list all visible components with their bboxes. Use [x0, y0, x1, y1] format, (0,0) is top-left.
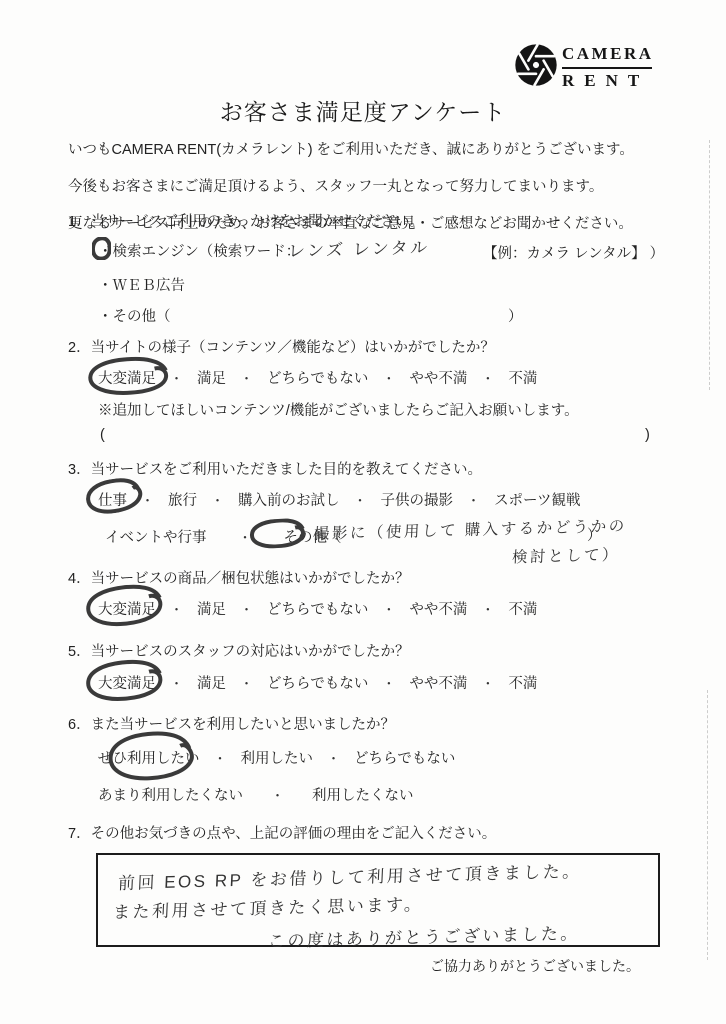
- q3-option-travel: 旅行: [168, 489, 197, 510]
- q2-options: 大変満足 ・ 満足 ・ どちらでもない ・ やや不満 ・ 不満: [98, 367, 537, 388]
- q7-heading: 7．その他お気づきの点や、上記の評価の理由をご記入ください。: [68, 822, 496, 843]
- q1-option-other: ・その他（: [98, 305, 171, 326]
- q5-heading: 5．当サービスのスタッフの対応はいかがでしたか？: [68, 640, 410, 661]
- option-separator: ・: [382, 368, 395, 387]
- q1-search-label: 検索エンジン（検索ワード：: [113, 240, 301, 261]
- q3-heading: 3．当サービスをご利用いただきました目的を教えてください。: [68, 458, 482, 479]
- intro-line-1: いつもCAMERA RENT(カメラレント) をご利用いただき、誠にありがとうご…: [68, 142, 634, 158]
- q6-option-definitely-use-again: ぜひ利用したい: [98, 747, 200, 768]
- q6-option-not-use: 利用したくない: [312, 784, 414, 805]
- q1-heading: 1．当サービスご利用のきっかけをお聞かせください。: [68, 210, 424, 231]
- q3-option-kids-photo: 子供の撮影: [381, 489, 454, 510]
- q3-options-row1: 仕事 ・ 旅行 ・ 購入前のお試し ・ 子供の撮影 ・ スポーツ観戦: [98, 489, 580, 510]
- q5-option-slightly-dissatisfied: やや不満: [409, 672, 467, 693]
- q5-option-dissatisfied: 不満: [508, 672, 537, 693]
- q6-option-use-again: 利用したい: [241, 747, 314, 768]
- q3-other-close-paren: ）: [587, 524, 602, 545]
- q1-example-note: 【例：カメラ レンタル】 ）: [483, 242, 664, 263]
- option-separator: ・: [170, 673, 183, 692]
- q4-option-dissatisfied: 不満: [508, 598, 537, 619]
- aperture-icon: [514, 43, 558, 89]
- option-separator: ・: [467, 490, 480, 509]
- q2-option-slightly-dissatisfied: やや不満: [409, 367, 467, 388]
- intro-line-2: 今後もお客さまにご満足頂けるよう、スタッフ一丸となって努力してまいります。: [68, 179, 603, 195]
- q1-search-bullet: ・: [98, 240, 113, 261]
- q4-option-very-satisfied: 大変満足: [98, 598, 156, 619]
- q2-option-very-satisfied: 大変満足: [98, 367, 156, 388]
- q2-free-text-open-paren: (: [100, 427, 105, 443]
- q4-options: 大変満足 ・ 満足 ・ どちらでもない ・ やや不満 ・ 不満: [98, 598, 537, 619]
- survey-page: CAMERA RENT お客さま満足度アンケート いつもCAMERA RENT(…: [0, 0, 726, 1024]
- q3-other-handwritten-line1: 撮影に（使用して 購入するかどうかの: [314, 514, 628, 544]
- q1-search-word-handwritten: レンズ レンタル: [287, 233, 430, 262]
- brand-name-top: CAMERA: [562, 44, 654, 64]
- q2-note: ※追加してほしいコンテンツ/機能がございましたらご記入お願いします。: [98, 399, 579, 420]
- q5-option-satisfied: 満足: [197, 672, 226, 693]
- brand-divider: [562, 67, 652, 69]
- q2-option-neutral: どちらでもない: [267, 367, 368, 388]
- option-separator: ・: [481, 599, 494, 618]
- q6-option-neutral: どちらでもない: [354, 747, 455, 768]
- q6-option-rather-not-use: あまり利用したくない: [98, 784, 243, 805]
- q4-option-satisfied: 満足: [197, 598, 226, 619]
- option-separator: ・: [240, 599, 253, 618]
- option-separator: ・: [214, 748, 227, 767]
- q1-option-other-close-paren: ）: [508, 305, 523, 326]
- q6-options-row1: ぜひ利用したい ・ 利用したい ・ どちらでもない: [98, 747, 455, 768]
- q3-option-events: イベントや行事: [105, 526, 207, 547]
- option-separator: ・: [170, 368, 183, 387]
- q1-option-search: ・ 検索エンジン（検索ワード：: [98, 240, 300, 261]
- option-separator: ・: [382, 599, 395, 618]
- q2-option-satisfied: 満足: [197, 367, 226, 388]
- option-separator: ・: [271, 785, 284, 804]
- page-title: お客さま満足度アンケート: [0, 94, 726, 127]
- option-separator: ・: [239, 527, 252, 546]
- q3-other-handwritten-line2: 検討として）: [512, 543, 621, 568]
- option-separator: ・: [240, 673, 253, 692]
- q5-options: 大変満足 ・ 満足 ・ どちらでもない ・ やや不満 ・ 不満: [98, 672, 537, 693]
- q3-option-sports: スポーツ観戦: [494, 489, 580, 510]
- q6-options-row2: あまり利用したくない ・ 利用したくない: [98, 784, 414, 805]
- brand-logo: CAMERA RENT: [562, 44, 654, 91]
- q3-option-try-before-buy: 購入前のお試し: [238, 489, 340, 510]
- option-separator: ・: [141, 490, 154, 509]
- q2-option-dissatisfied: 不満: [508, 367, 537, 388]
- q4-heading: 4．当サービスの商品／梱包状態はいかがでしたか？: [68, 567, 410, 588]
- q2-heading: 2．当サイトの様子（コンテンツ／機能など）はいかがでしたか？: [68, 336, 495, 357]
- closing-thanks: ご協力ありがとうございました。: [430, 956, 640, 976]
- option-separator: ・: [382, 673, 395, 692]
- q3-options-row2: イベントや行事 ・ その他 （: [105, 526, 342, 547]
- q5-option-very-satisfied: 大変満足: [98, 672, 156, 693]
- q4-option-neutral: どちらでもない: [267, 598, 368, 619]
- q1-option-web-ad: ・ＷＥＢ広告: [98, 274, 185, 295]
- option-separator: ・: [354, 490, 367, 509]
- scan-noise-artifact: [707, 690, 708, 960]
- q3-option-work: 仕事: [98, 489, 127, 510]
- option-separator: ・: [211, 490, 224, 509]
- option-separator: ・: [240, 368, 253, 387]
- option-separator: ・: [481, 673, 494, 692]
- option-separator: ・: [327, 748, 340, 767]
- scan-noise-artifact: [709, 140, 710, 390]
- option-separator: ・: [170, 599, 183, 618]
- q4-option-slightly-dissatisfied: やや不満: [409, 598, 467, 619]
- option-separator: ・: [481, 368, 494, 387]
- q2-free-text-close-paren: ): [645, 427, 650, 443]
- brand-name-bottom: RENT: [562, 71, 654, 91]
- q5-option-neutral: どちらでもない: [267, 672, 368, 693]
- q6-heading: 6．また当サービスを利用したいと思いましたか？: [68, 713, 395, 734]
